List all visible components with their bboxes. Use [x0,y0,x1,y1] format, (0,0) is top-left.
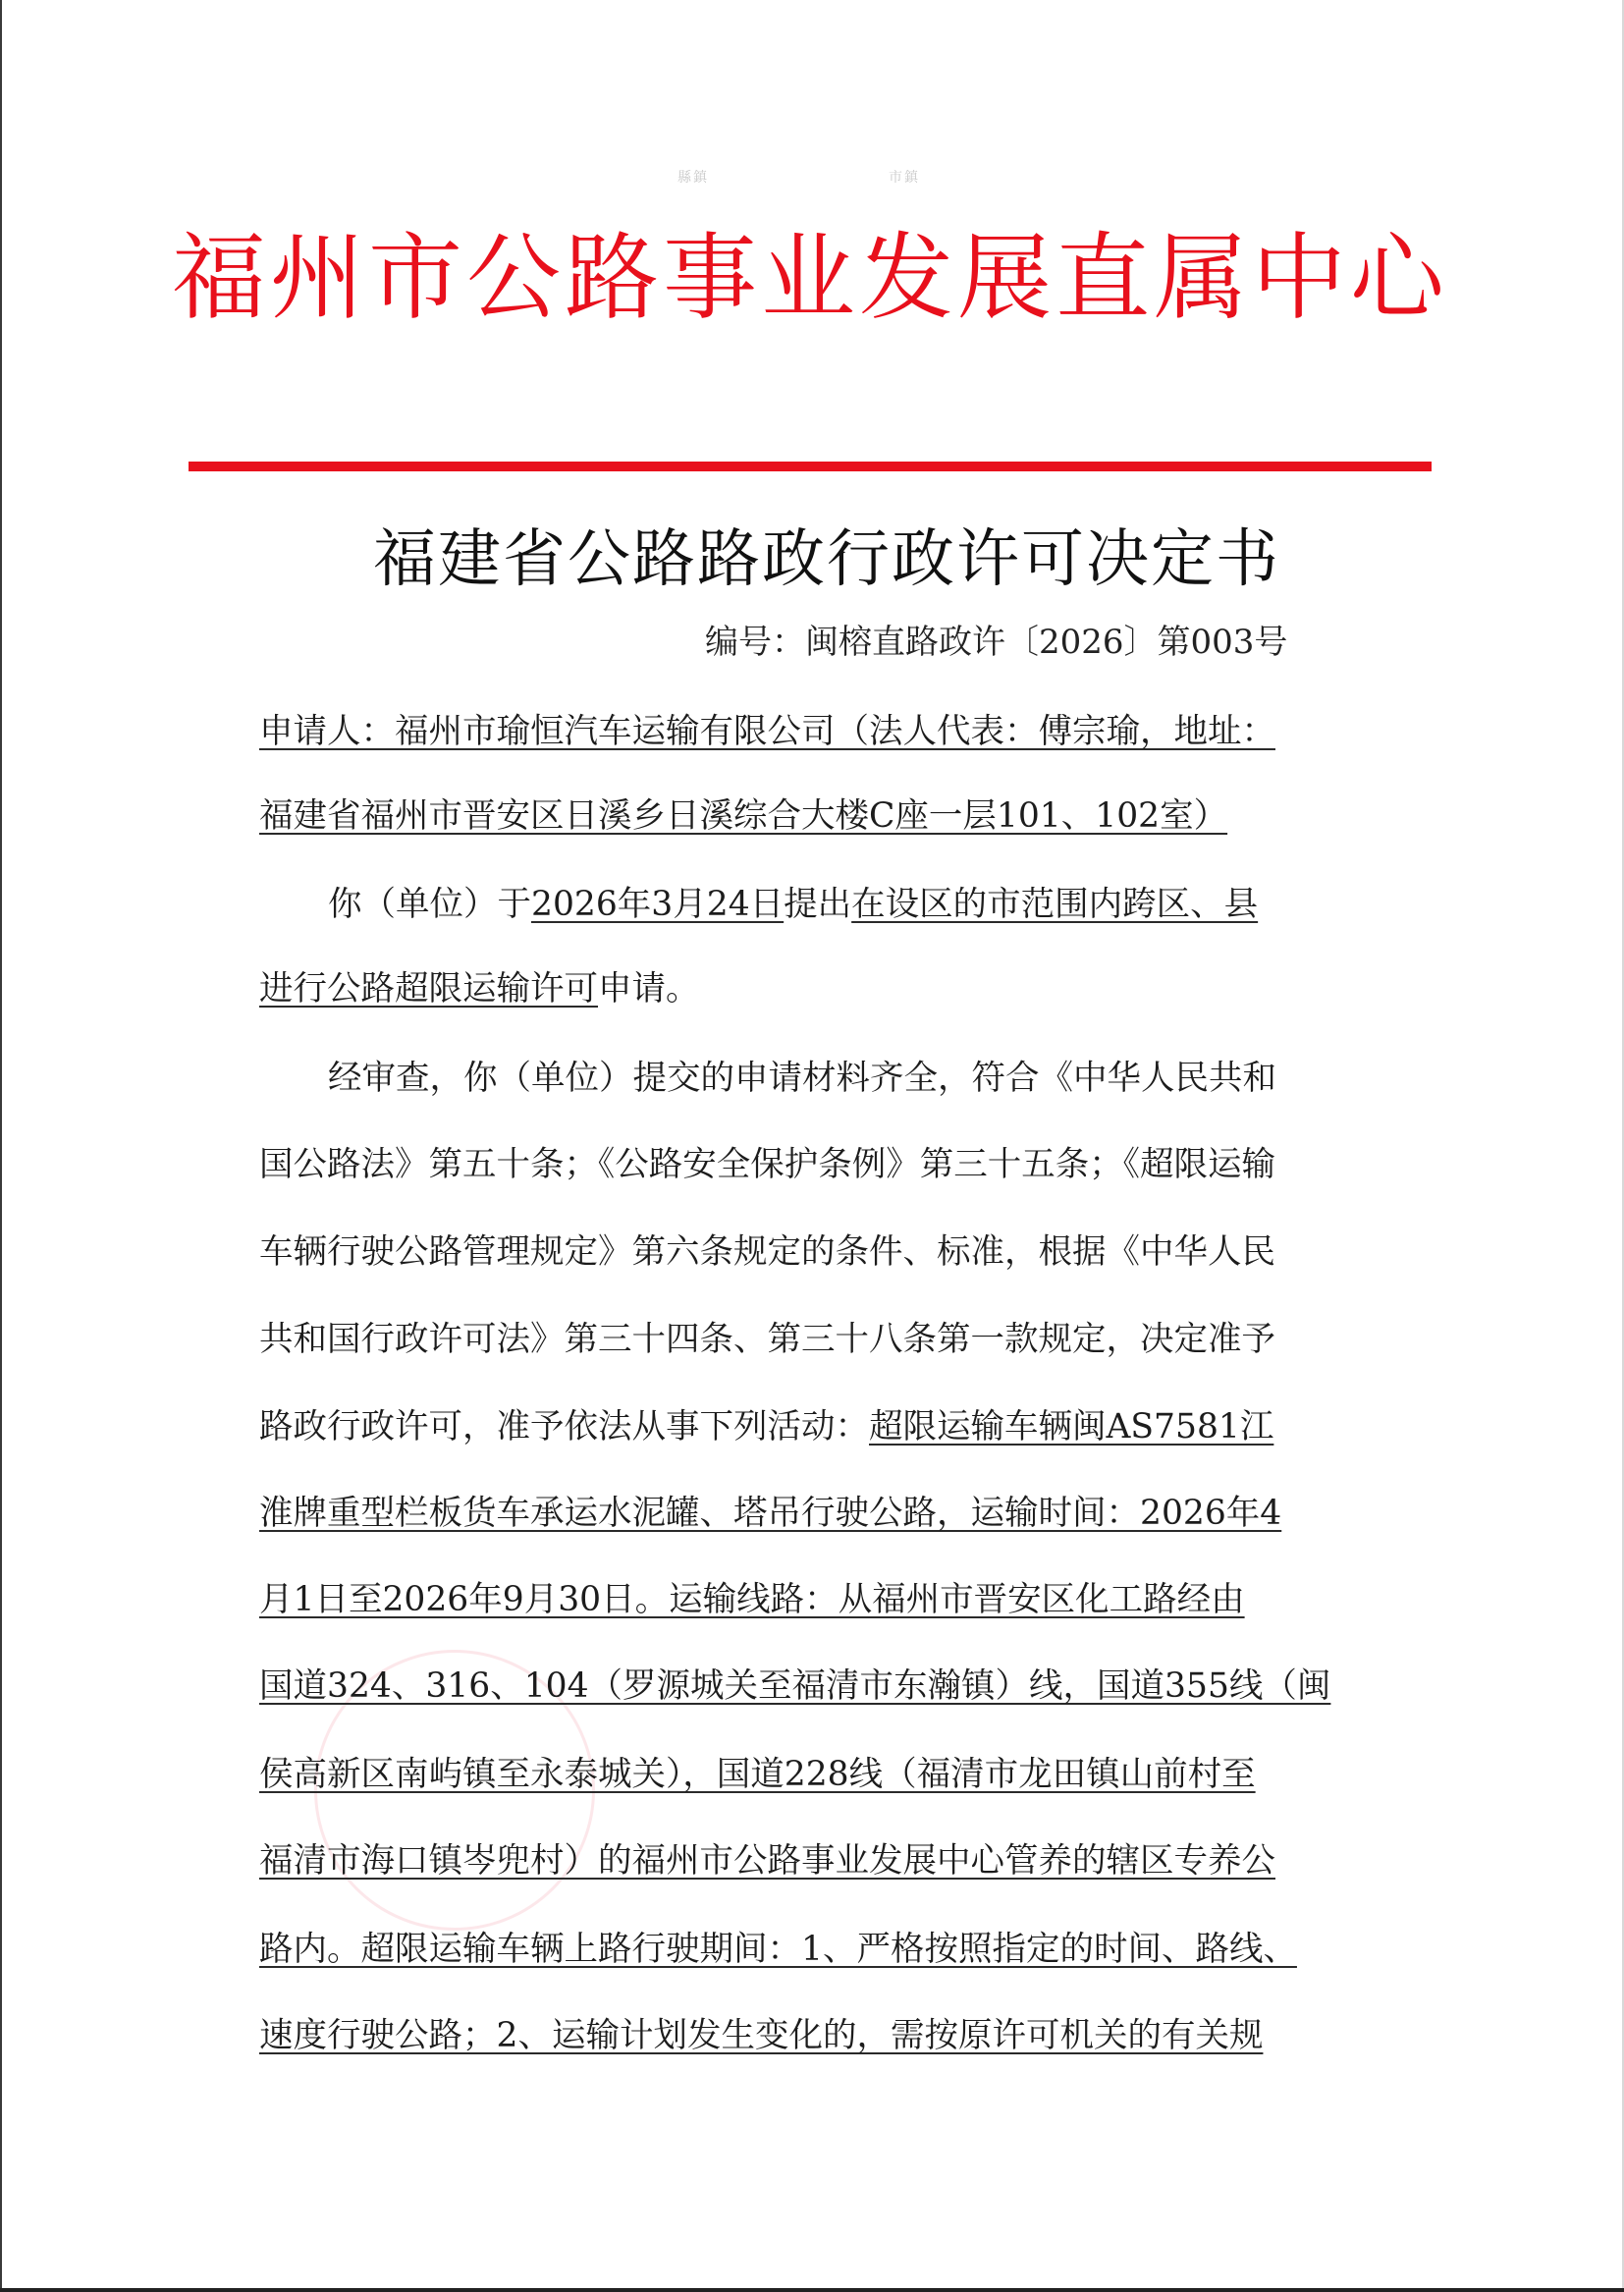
text: 你（单位）于 [328,885,531,924]
paragraph-2-line-2: 国公路法》第五十条；《公路安全保护条例》第三十五条；《超限运输 [259,1142,1388,1187]
paragraph-2-line-5: 路政行政许可，准予依法从事下列活动：超限运输车辆闽AS7581江 [259,1404,1388,1449]
faint-bleed-mark: 縣鎮 [677,167,709,187]
document-number: 编号：闽榕直路政许〔2026〕第003号 [705,621,1287,664]
letterhead-red-divider [189,462,1432,471]
permitted-activity: 超限运输车辆闽AS7581江 [869,1407,1273,1446]
permit-detail-line: 月1日至2026年9月30日。运输线路：从福州市晋安区化工路经由 [259,1577,1388,1622]
scan-edge-bottom [0,2288,1624,2292]
paragraph-2-line-4: 共和国行政许可法》第三十四条、第三十八条第一款规定，决定准予 [259,1317,1388,1362]
permit-detail-line: 国道324、316、104（罗源城关至福清市东瀚镇）线，国道355线（闽 [259,1664,1388,1709]
organization-letterhead: 福州市公路事业发展直属中心 [147,224,1473,332]
text: 提出 [784,885,851,924]
permit-detail-line: 淮牌重型栏板货车承运水泥罐、塔吊行驶公路，运输时间：2026年4 [259,1491,1388,1536]
permit-detail-line: 侯高新区南屿镇至永泰城关），国道228线（福清市龙田镇山前村至 [259,1752,1388,1797]
paragraph-2-line-3: 车辆行驶公路管理规定》第六条规定的条件、标准，根据《中华人民 [259,1229,1388,1275]
scan-edge-left [0,0,2,2292]
applicant-line-1: 申请人：福州市瑜恒汽车运输有限公司（法人代表：傅宗瑜，地址： [259,709,1388,754]
application-scope-cont: 进行公路超限运输许可 [259,969,598,1009]
application-scope: 在设区的市范围内跨区、县 [851,885,1258,924]
application-date: 2026年3月24日 [531,885,784,924]
permit-detail-line: 福清市海口镇岑兜村）的福州市公路事业发展中心管养的辖区专养公 [259,1838,1388,1883]
permit-detail-line: 路内。超限运输车辆上路行驶期间：1、严格按照指定的时间、路线、 [259,1927,1388,1972]
paragraph-2-line-1: 经审查，你（单位）提交的申请材料齐全，符合《中华人民共和 [328,1056,1457,1101]
paragraph-1-line-2: 进行公路超限运输许可申请。 [259,966,1388,1011]
document-title: 福建省公路路政行政许可决定书 [373,520,1335,599]
text: 路政行政许可，准予依法从事下列活动： [259,1407,869,1446]
permit-detail-line: 速度行驶公路；2、运输计划发生变化的，需按原许可机关的有关规 [259,2013,1388,2058]
faint-bleed-mark: 市鎮 [889,167,920,187]
applicant-line-2: 福建省福州市晋安区日溪乡日溪综合大楼C座一层101、102室） [259,793,1388,839]
text: 申请。 [598,969,700,1009]
paragraph-1-line-1: 你（单位）于2026年3月24日提出在设区的市范围内跨区、县 [328,882,1457,927]
